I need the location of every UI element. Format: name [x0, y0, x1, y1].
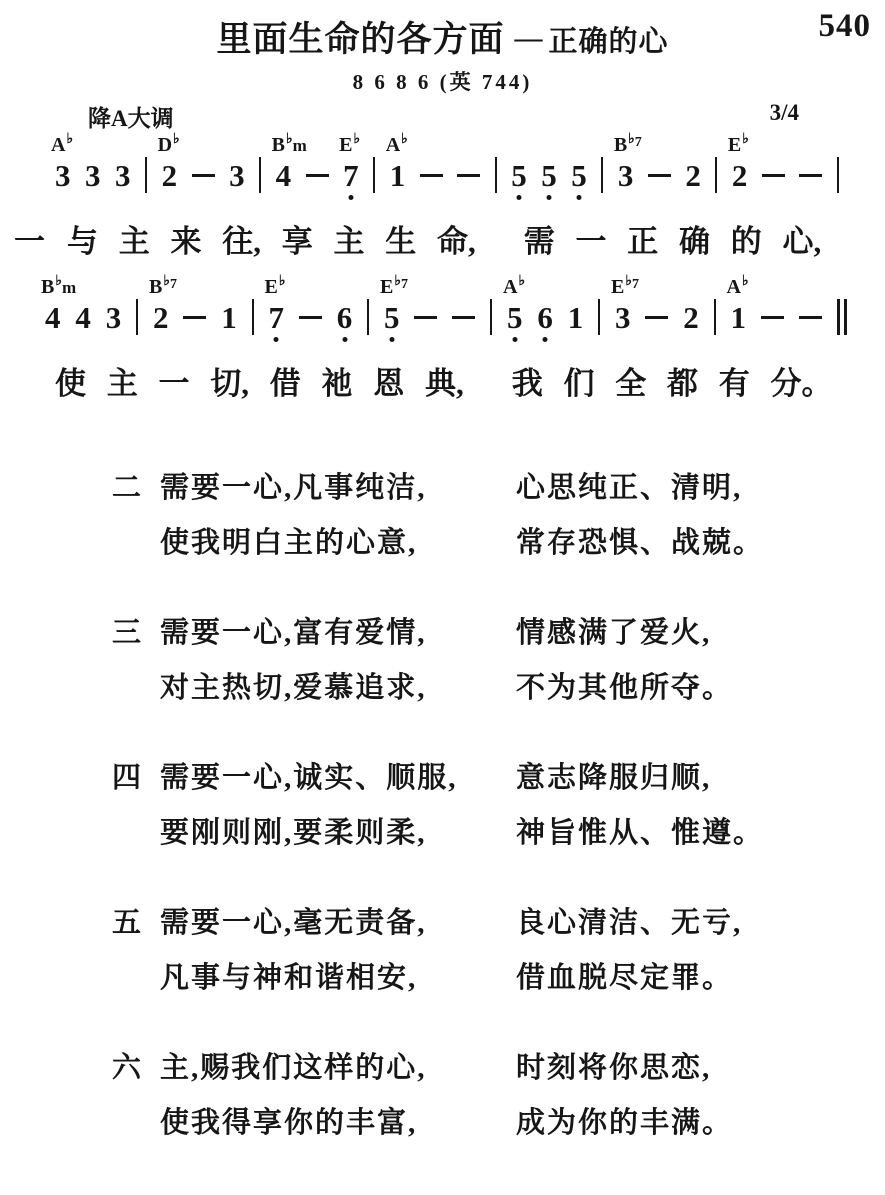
flat-symbol: ♭: [742, 274, 749, 289]
verse-line-left: 对主热切,爱慕追求,: [160, 661, 516, 716]
note-digit: 3: [85, 160, 101, 191]
dash-mark: [799, 316, 822, 319]
chord-label: A♭: [727, 275, 749, 297]
note: B♭72: [153, 300, 169, 334]
note: 6: [537, 300, 553, 334]
minor-label: m: [293, 136, 307, 155]
lyric-segment-left: 使 主 一 切, 借 祂 恩 典,: [55, 358, 464, 403]
flat-symbol: ♭: [628, 132, 635, 147]
verse-line-left: 主,赐我们这样的心,: [160, 1041, 516, 1096]
verse-block: 二需要一心,凡事纯洁,心思纯正、清明,使我明白主的心意,常存恐惧、战兢。: [112, 461, 855, 571]
note-digit: 3: [55, 160, 71, 191]
flat-symbol: ♭: [286, 132, 293, 147]
chord-label: B♭m: [41, 275, 76, 297]
note-digit: 1: [221, 302, 237, 333]
dash-mark: [761, 316, 784, 319]
verse-line-left: 凡事与神和谐相安,: [160, 951, 516, 1006]
key-signature: 降A大调: [88, 100, 174, 133]
verse-number: 五: [112, 896, 160, 951]
note-digit: 3: [615, 302, 631, 333]
note: 3: [85, 158, 101, 192]
low-octave-dot: [389, 337, 394, 342]
note-digit: 5: [511, 160, 527, 191]
duration-dash: [648, 158, 671, 192]
title-name: 正确的心: [549, 26, 669, 58]
seventh-label: 7: [170, 277, 177, 292]
note: 1: [568, 300, 584, 334]
seventh-label: 7: [401, 277, 408, 292]
dash-mark: [414, 316, 437, 319]
verse-line-right: 情感满了爱火,: [516, 606, 855, 661]
barline: [601, 158, 603, 192]
hymn-page: 540 里面生命的各方面—正确的心 8 6 8 6 (英 744) 降A大调 3…: [0, 0, 885, 1195]
verse-line-right: 借血脱尽定罪。: [516, 951, 855, 1006]
time-signature: 3/4: [770, 100, 799, 133]
barline: [252, 300, 254, 334]
low-octave-dot: [543, 337, 548, 342]
barline-mark: [259, 157, 261, 193]
key-time-row: 降A大调 3/4: [88, 100, 799, 133]
minor-label: m: [62, 278, 76, 297]
barline: [367, 300, 369, 334]
note: E♭7: [269, 300, 285, 334]
note-digit: 7: [269, 302, 285, 333]
chord-label: B♭7: [149, 275, 177, 297]
chord-label: B♭m: [272, 133, 307, 155]
dash-mark: [799, 174, 822, 177]
dash-mark: [420, 174, 443, 177]
verse-block: 三需要一心,富有爱情,情感满了爱火,对主热切,爱慕追求,不为其他所夺。: [112, 606, 855, 716]
note-digit: 2: [153, 302, 169, 333]
note-digit: 5: [507, 302, 523, 333]
note: 2: [683, 300, 699, 334]
sung-lyric-line-1: 一与 主 来 往, 享 主 生 命,需 一 正 确 的 心,: [14, 216, 821, 261]
note-digit: 1: [731, 302, 747, 333]
note: B♭73: [618, 158, 634, 192]
low-octave-dot: [342, 337, 347, 342]
verse-number: 二: [112, 461, 160, 516]
barline-mark: [601, 157, 603, 193]
note: 1: [221, 300, 237, 334]
chord-label: A♭: [51, 133, 73, 155]
verse-line-right: 时刻将你思恋,: [516, 1041, 855, 1096]
note-digit: 1: [390, 160, 406, 191]
verses: 二需要一心,凡事纯洁,心思纯正、清明,使我明白主的心意,常存恐惧、战兢。三需要一…: [112, 461, 855, 1186]
note: B♭m4: [45, 300, 61, 334]
note-digit: 1: [568, 302, 584, 333]
barline: [373, 158, 375, 192]
note-digit: 3: [229, 160, 245, 191]
music-line-2: B♭m443B♭721E♭76E♭75A♭561E♭732A♭1: [45, 300, 847, 334]
barline-mark: [598, 299, 600, 335]
note-digit: 2: [162, 160, 178, 191]
verse-line-left: 使我明白主的心意,: [160, 516, 516, 571]
verse-block: 四需要一心,诚实、顺服,意志降服归顺,要刚则刚,要柔则柔,神旨惟从、惟遵。: [112, 751, 855, 861]
duration-dash: [420, 158, 443, 192]
note: 3: [229, 158, 245, 192]
duration-dash: [192, 158, 215, 192]
note: E♭75: [384, 300, 400, 334]
verse-line-right: 良心清洁、无亏,: [516, 896, 855, 951]
note-digit: 2: [685, 160, 701, 191]
flat-symbol: ♭: [279, 274, 286, 289]
duration-dash: [457, 158, 480, 192]
dash-mark: [645, 316, 668, 319]
note: A♭5: [507, 300, 523, 334]
dash-mark: [183, 316, 206, 319]
note: A♭1: [731, 300, 747, 334]
flat-symbol: ♭: [66, 132, 73, 147]
low-octave-dot: [274, 337, 279, 342]
note-digit: 5: [541, 160, 557, 191]
note: E♭2: [732, 158, 748, 192]
note-digit: 3: [115, 160, 131, 191]
verse-line-left: 需要一心,凡事纯洁,: [160, 461, 516, 516]
barline-mark: [145, 157, 147, 193]
note-digit: 6: [337, 302, 353, 333]
chord-label: B♭7: [614, 133, 642, 155]
note: 3: [115, 158, 131, 192]
flat-symbol: ♭: [401, 132, 408, 147]
verse-line-right: 成为你的丰满。: [516, 1096, 855, 1151]
verse-line-right: 常存恐惧、战兢。: [516, 516, 855, 571]
note-digit: 7: [343, 160, 359, 191]
flat-symbol: ♭: [518, 274, 525, 289]
barline-mark: [714, 299, 716, 335]
duration-dash: [799, 158, 822, 192]
barline-mark: [367, 299, 369, 335]
verse-number: 三: [112, 606, 160, 661]
verse-number: 一: [14, 216, 45, 261]
dash-mark: [457, 174, 480, 177]
duration-dash: [645, 300, 668, 334]
note-digit: 4: [45, 302, 61, 333]
dash-mark: [762, 174, 785, 177]
barline-mark: [490, 299, 492, 335]
lyric-segment-right: 需 一 正 确 的 心,: [524, 216, 822, 261]
note-digit: 6: [537, 302, 553, 333]
barline: [490, 300, 492, 334]
dash-mark: [192, 174, 215, 177]
chord-label: E♭: [339, 133, 360, 155]
barline: [714, 300, 716, 334]
note: 4: [75, 300, 91, 334]
chord-label: E♭7: [380, 275, 408, 297]
verse-block: 六主,赐我们这样的心,时刻将你思恋,使我得享你的丰富,成为你的丰满。: [112, 1041, 855, 1151]
verse-line-left: 需要一心,富有爱情,: [160, 606, 516, 661]
verse-line-right: 意志降服归顺,: [516, 751, 855, 806]
chord-label: D♭: [158, 133, 180, 155]
barline-mark: [837, 157, 839, 193]
dash-mark: [306, 174, 329, 177]
barline: [136, 300, 138, 334]
note: D♭2: [162, 158, 178, 192]
barline-mark: [715, 157, 717, 193]
note: A♭3: [55, 158, 71, 192]
note: A♭1: [390, 158, 406, 192]
note-digit: 4: [276, 160, 292, 191]
low-octave-dot: [348, 195, 353, 200]
duration-dash: [183, 300, 206, 334]
page-title: 里面生命的各方面—正确的心: [0, 12, 885, 62]
verse-line-right: 心思纯正、清明,: [516, 461, 855, 516]
barline-mark: [252, 299, 254, 335]
barline: [598, 300, 600, 334]
flat-symbol: ♭: [173, 132, 180, 147]
verse-number: 六: [112, 1041, 160, 1096]
sung-lyric-line-2: 使 主 一 切, 借 祂 恩 典,我 们 全 都 有 分。: [55, 358, 833, 403]
seventh-label: 7: [632, 277, 639, 292]
duration-dash: [299, 300, 322, 334]
title-category: 里面生命的各方面: [216, 20, 504, 59]
low-octave-dot: [547, 195, 552, 200]
note: 5: [511, 158, 527, 192]
barline: [145, 158, 147, 192]
note: 2: [685, 158, 701, 192]
verse-line-left: 需要一心,诚实、顺服,: [160, 751, 516, 806]
note: 5: [541, 158, 557, 192]
note-digit: 3: [618, 160, 634, 191]
flat-symbol: ♭: [742, 132, 749, 147]
flat-symbol: ♭: [55, 274, 62, 289]
chord-label: E♭: [265, 275, 286, 297]
note: 6: [337, 300, 353, 334]
note: E♭7: [343, 158, 359, 192]
verse-line-right: 神旨惟从、惟遵。: [516, 806, 855, 861]
final-barline: [837, 300, 847, 334]
seventh-label: 7: [635, 135, 642, 150]
verse-line-right: 不为其他所夺。: [516, 661, 855, 716]
meter-line: 8 6 8 6 (英 744): [0, 66, 885, 96]
note: 3: [106, 300, 122, 334]
verse-line-left: 要刚则刚,要柔则柔,: [160, 806, 516, 861]
lyric-segment-right: 我 们 全 都 有 分。: [512, 358, 833, 403]
barline-mark: [495, 157, 497, 193]
flat-symbol: ♭: [394, 274, 401, 289]
music-line-1: A♭333D♭23B♭m4E♭7A♭1555B♭732E♭2: [55, 158, 839, 192]
final-barline-mark: [837, 299, 847, 335]
note: B♭m4: [276, 158, 292, 192]
duration-dash: [452, 300, 475, 334]
barline: [259, 158, 261, 192]
note: 5: [571, 158, 587, 192]
low-octave-dot: [512, 337, 517, 342]
dash-mark: [299, 316, 322, 319]
chord-label: E♭7: [611, 275, 639, 297]
chord-label: A♭: [386, 133, 408, 155]
duration-dash: [306, 158, 329, 192]
note-digit: 3: [106, 302, 122, 333]
barline-mark: [136, 299, 138, 335]
duration-dash: [799, 300, 822, 334]
note: E♭73: [615, 300, 631, 334]
chord-label: A♭: [503, 275, 525, 297]
flat-symbol: ♭: [625, 274, 632, 289]
dash-mark: [648, 174, 671, 177]
flat-symbol: ♭: [354, 132, 361, 147]
verse-block: 五需要一心,毫无责备,良心清洁、无亏,凡事与神和谐相安,借血脱尽定罪。: [112, 896, 855, 1006]
note-digit: 2: [732, 160, 748, 191]
low-octave-dot: [517, 195, 522, 200]
note-digit: 5: [384, 302, 400, 333]
note-digit: 5: [571, 160, 587, 191]
dash-mark: [452, 316, 475, 319]
barline-mark: [373, 157, 375, 193]
flat-symbol: ♭: [163, 274, 170, 289]
duration-dash: [762, 158, 785, 192]
verse-line-left: 需要一心,毫无责备,: [160, 896, 516, 951]
barline: [837, 158, 839, 192]
duration-dash: [761, 300, 784, 334]
low-octave-dot: [577, 195, 582, 200]
verse-number: 四: [112, 751, 160, 806]
title-separator: —: [515, 23, 543, 54]
chord-label: E♭: [728, 133, 749, 155]
verse-line-left: 使我得享你的丰富,: [160, 1096, 516, 1151]
duration-dash: [414, 300, 437, 334]
barline: [715, 158, 717, 192]
lyric-segment-left: 与 主 来 往, 享 主 生 命,: [67, 216, 476, 261]
note-digit: 2: [683, 302, 699, 333]
barline: [495, 158, 497, 192]
note-digit: 4: [75, 302, 91, 333]
